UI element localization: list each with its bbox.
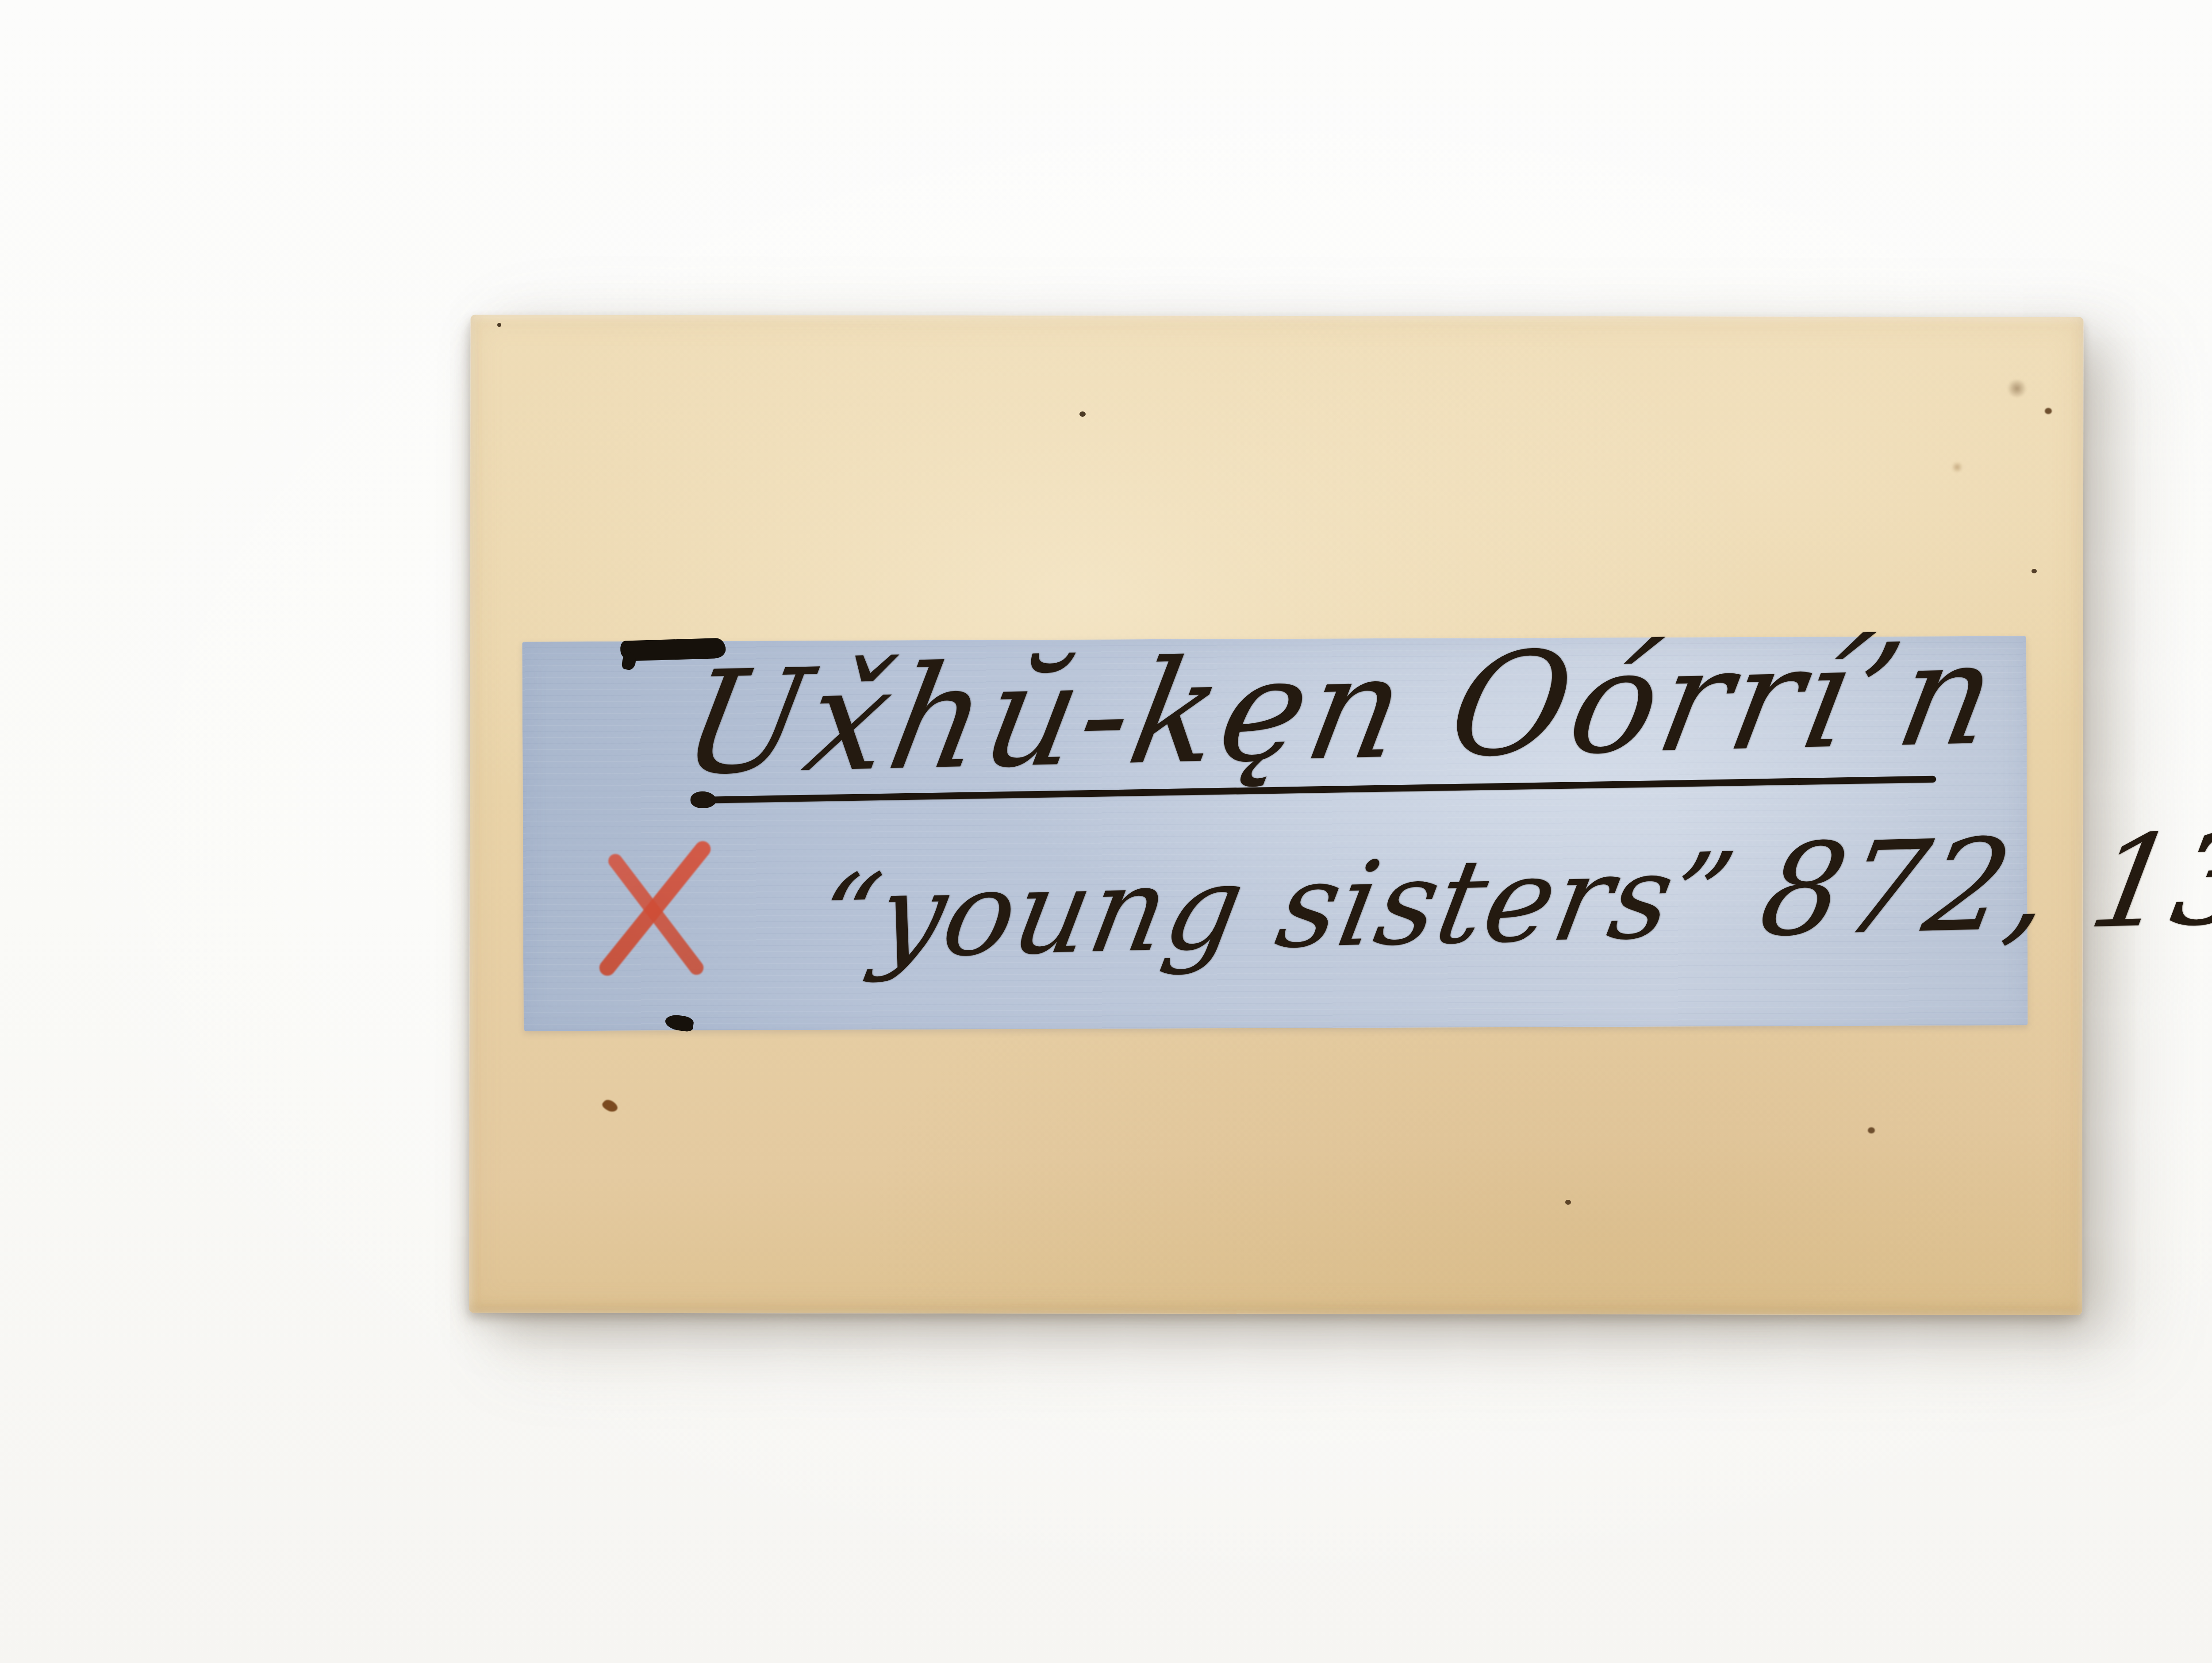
card-speck: [1079, 411, 1086, 417]
card-stain: [1951, 462, 1963, 472]
card-speck: [2045, 408, 2052, 414]
card-speck: [497, 323, 501, 327]
specimen-card: Ux̌hŭ-kęn Oórrí’n “young sisters”872, 13…: [469, 315, 2083, 1315]
label-slip: Ux̌hŭ-kęn Oórrí’n “young sisters”872, 13…: [522, 636, 2028, 1031]
card-speck: [1868, 1127, 1875, 1133]
ink-blot-bottom-icon: [664, 1014, 695, 1032]
red-x-mark: [597, 835, 715, 981]
gloss-line: “young sisters”872, 13,: [806, 811, 2212, 985]
card-speck: [1565, 1200, 1571, 1205]
card-speck: [2032, 569, 2037, 573]
card-stain: [2007, 380, 2027, 397]
catalog-numbers: 872, 13,: [1750, 804, 2212, 965]
native-name-line: Ux̌hŭ-kęn Oórrí’n: [673, 623, 2009, 795]
gloss-text: “young sisters”: [806, 827, 1745, 986]
